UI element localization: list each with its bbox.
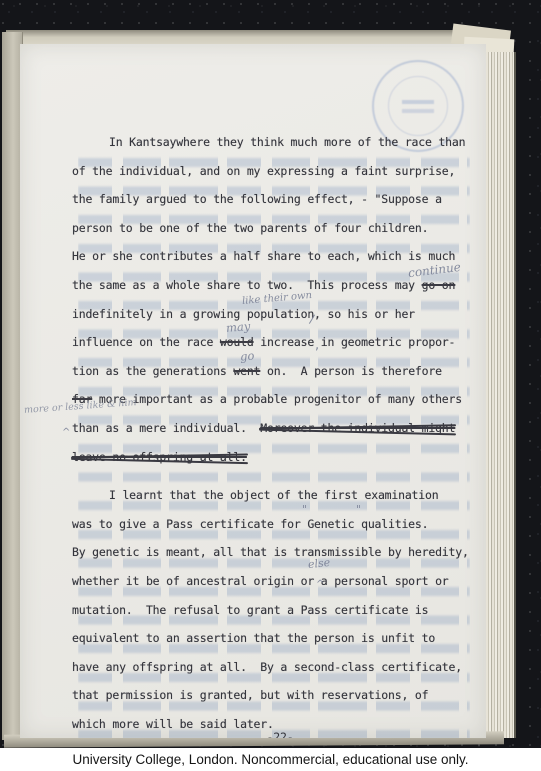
typed-line: leave no offspring at all. [72, 443, 472, 472]
typed-line: In Kantsaywhere they think much more of … [72, 128, 472, 157]
usage-caption-text: University College, London. Noncommercia… [73, 752, 469, 767]
typed-segment: than as a mere individual. [72, 421, 260, 435]
typed-segment: mutation. The refusal to grant a Pass ce… [72, 603, 428, 617]
usage-caption-bar: University College, London. Noncommercia… [0, 748, 541, 771]
typed-segment: on. A person is therefore [260, 364, 442, 378]
typed-segment: person to be one of the two parents of f… [72, 221, 428, 235]
typed-segment: In Kantsaywhere they think much more of … [109, 135, 465, 149]
manuscript-photo: In Kantsaywhere they think much more of … [0, 0, 541, 771]
typed-segment: of the individual, and on my expressing … [72, 164, 455, 178]
struck-out-text: Moreover the individual might [260, 414, 455, 443]
typed-segment: more important as a probable progenitor … [92, 392, 462, 406]
manuscript-page: In Kantsaywhere they think much more of … [20, 44, 486, 738]
typed-line: By genetic is meant, all that is transmi… [72, 538, 472, 567]
caret-mark: ^ [316, 579, 324, 590]
struck-out-text: go on [422, 278, 456, 292]
typed-line: whether it be of ancestral origin or a p… [72, 567, 472, 596]
typed-line: equivalent to an assertion that the pers… [72, 624, 472, 653]
inserted-quote-open: " [302, 503, 307, 516]
typed-segment: the same as a whole share to two. This p… [72, 278, 422, 292]
typed-line: of the individual, and on my expressing … [72, 157, 472, 186]
typed-line: person to be one of the two parents of f… [72, 214, 472, 243]
typed-line: influence on the race would increase in … [72, 328, 472, 357]
typed-segment: whether it be of ancestral origin or a p… [72, 574, 449, 588]
struck-out-text: would [220, 335, 254, 349]
typed-line: than as a mere individual. Moreover the … [72, 414, 472, 443]
typed-segment: tion as the generations [72, 364, 233, 378]
typed-segment: I learnt that the object of the first ex… [109, 488, 438, 502]
page-number: -22- [72, 730, 486, 738]
page-stack-edge [486, 52, 516, 738]
typed-segment: have any offspring at all. By a second-c… [72, 660, 462, 674]
typed-line: have any offspring at all. By a second-c… [72, 653, 472, 682]
struck-out-text: went [233, 364, 260, 378]
typed-segment: was to give a Pass certificate for Genet… [72, 517, 428, 531]
typed-segment: By genetic is meant, all that is transmi… [72, 545, 469, 559]
typed-line: that permission is granted, but with res… [72, 681, 472, 710]
annotation-may: may [225, 319, 250, 335]
typed-line: the family argued to the following effec… [72, 185, 472, 214]
typed-line: was to give a Pass certificate for Genet… [72, 510, 472, 539]
typed-segment: increase in geometric propor- [254, 335, 456, 349]
annotation-else: else [307, 556, 330, 571]
typed-line: I learnt that the object of the first ex… [72, 481, 472, 510]
caret-mark: ^ [62, 427, 70, 438]
inserted-comma: , [315, 338, 319, 353]
typed-segment: which more will be said later. [72, 717, 274, 731]
typed-text: In Kantsaywhere they think much more of … [72, 128, 472, 738]
typed-segment: He or she contributes a half share to ea… [72, 249, 455, 263]
typed-segment: equivalent to an assertion that the pers… [72, 631, 435, 645]
inserted-quote-close: " [356, 503, 361, 516]
typed-segment: the family argued to the following effec… [72, 192, 442, 206]
struck-out-text: leave no offspring at all. [72, 443, 247, 472]
annotation-go: go [239, 348, 254, 363]
typed-line: tion as the generations went on. A perso… [72, 357, 472, 386]
typed-segment: influence on the race [72, 335, 220, 349]
typed-line: mutation. The refusal to grant a Pass ce… [72, 596, 472, 625]
typed-segment: that permission is granted, but with res… [72, 688, 428, 702]
